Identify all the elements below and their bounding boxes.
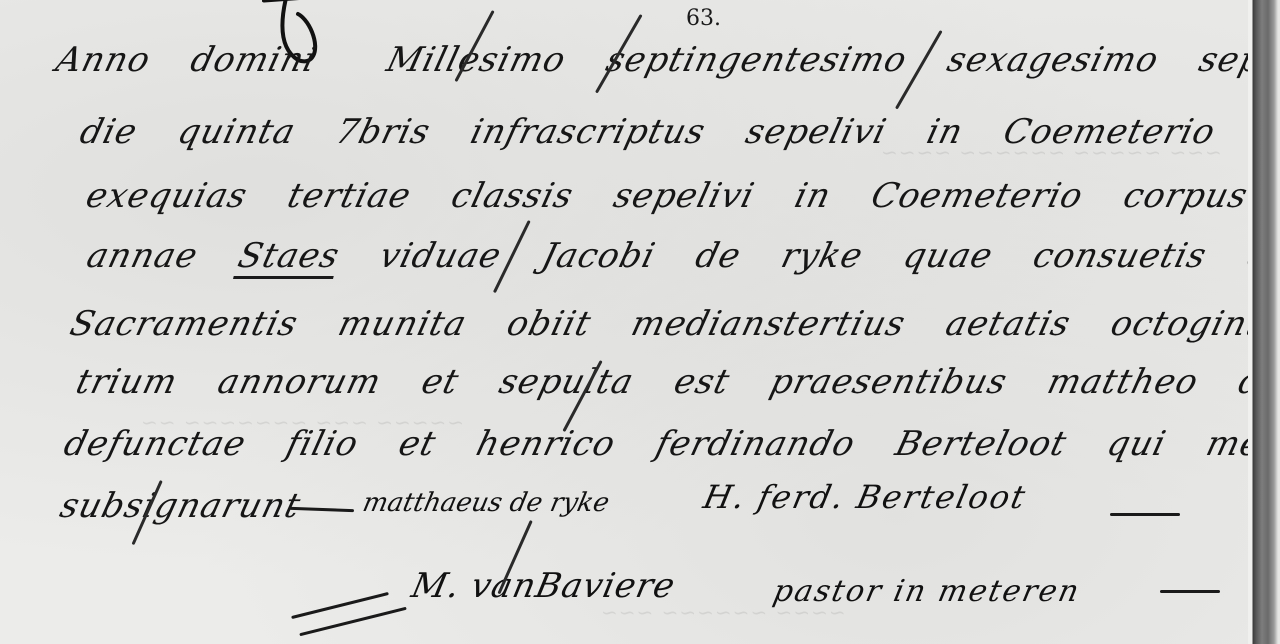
text-line-7: defunctae filio et henrico ferdinando Be…: [60, 424, 1280, 464]
word: qui: [1103, 424, 1171, 464]
word: annae: [83, 236, 202, 276]
text-line-5: Sacramentis munita obiit medianstertius …: [66, 304, 1280, 344]
page-number: 63.: [686, 6, 721, 31]
word-underlined-name: Staes: [233, 236, 344, 279]
flourish-line: [1110, 513, 1180, 516]
register-page: ~~~ ~~~~~ ~~~~~~ ~~~~ ~~~~~ ~~~ ~~~~~~~ …: [0, 0, 1280, 644]
word: trium: [72, 362, 182, 402]
word: obiit: [503, 304, 596, 344]
text-line-4: annae Staes viduae Jacobi de ryke quae c…: [82, 236, 1280, 279]
word: annorum: [214, 362, 386, 402]
word: et: [418, 362, 464, 402]
signature-pastor: M. vanBaviere: [408, 566, 679, 606]
word: ferdinando: [652, 424, 860, 464]
word: consuetis: [1029, 236, 1211, 276]
signature-pastor-title: pastor in meteren: [770, 574, 1084, 609]
word: et: [395, 424, 441, 464]
word: in: [791, 176, 836, 216]
word: filio: [282, 424, 363, 464]
word: defunctae: [60, 424, 250, 464]
word: domini: [187, 40, 321, 80]
text-line-3: exequias tertiae classis sepelivi in Coe…: [82, 176, 1280, 216]
word: subsignarunt: [56, 486, 305, 526]
signature-matthaeus-de-ryke: matthaeus de ryke: [360, 488, 612, 518]
word: Sacramentis: [66, 304, 302, 344]
word: praesentibus: [766, 362, 1012, 402]
word: Berteloot: [891, 424, 1071, 464]
word: medianstertius: [627, 304, 910, 344]
word: Anno: [52, 40, 155, 80]
word: quae: [899, 236, 997, 276]
text-line-6: trium annorum et sepulta est praesentibu…: [72, 362, 1280, 402]
word: aetatis: [942, 304, 1075, 344]
word: infrascriptus: [467, 112, 710, 152]
book-binding-edge: [1248, 0, 1280, 644]
word: henrico: [472, 424, 620, 464]
word: ryke: [777, 236, 867, 276]
word: septingentesimo: [602, 40, 911, 80]
word: munita: [334, 304, 471, 344]
word: viduae: [376, 236, 506, 276]
word: sexagesimo: [943, 40, 1163, 80]
word: quinta: [174, 112, 300, 152]
word: in: [923, 112, 968, 152]
word: tertiae: [283, 176, 415, 216]
flourish-line: [1160, 590, 1220, 593]
word: sepulta: [495, 362, 638, 402]
word: corpus: [1119, 176, 1252, 216]
word: 7bris: [332, 112, 435, 152]
word: Millesimo: [383, 40, 571, 80]
text-line-1: Anno domini Millesimo septingentesimo se…: [52, 40, 1280, 80]
word: Jacobi: [538, 236, 660, 276]
word: classis: [447, 176, 577, 216]
text-line-2: die quinta 7bris infrascriptus sepelivi …: [76, 112, 1280, 152]
word: exequias: [82, 176, 252, 216]
signature-berteloot: H. ferd. Berteloot: [700, 478, 1030, 516]
word: sepelivi: [609, 176, 758, 216]
word: est: [670, 362, 734, 402]
word: de: [691, 236, 745, 276]
word: Coemeterio: [999, 112, 1219, 152]
word: mattheo: [1043, 362, 1202, 402]
word: sepelivi: [742, 112, 891, 152]
word: Coemeterio: [867, 176, 1087, 216]
word: die: [76, 112, 142, 152]
